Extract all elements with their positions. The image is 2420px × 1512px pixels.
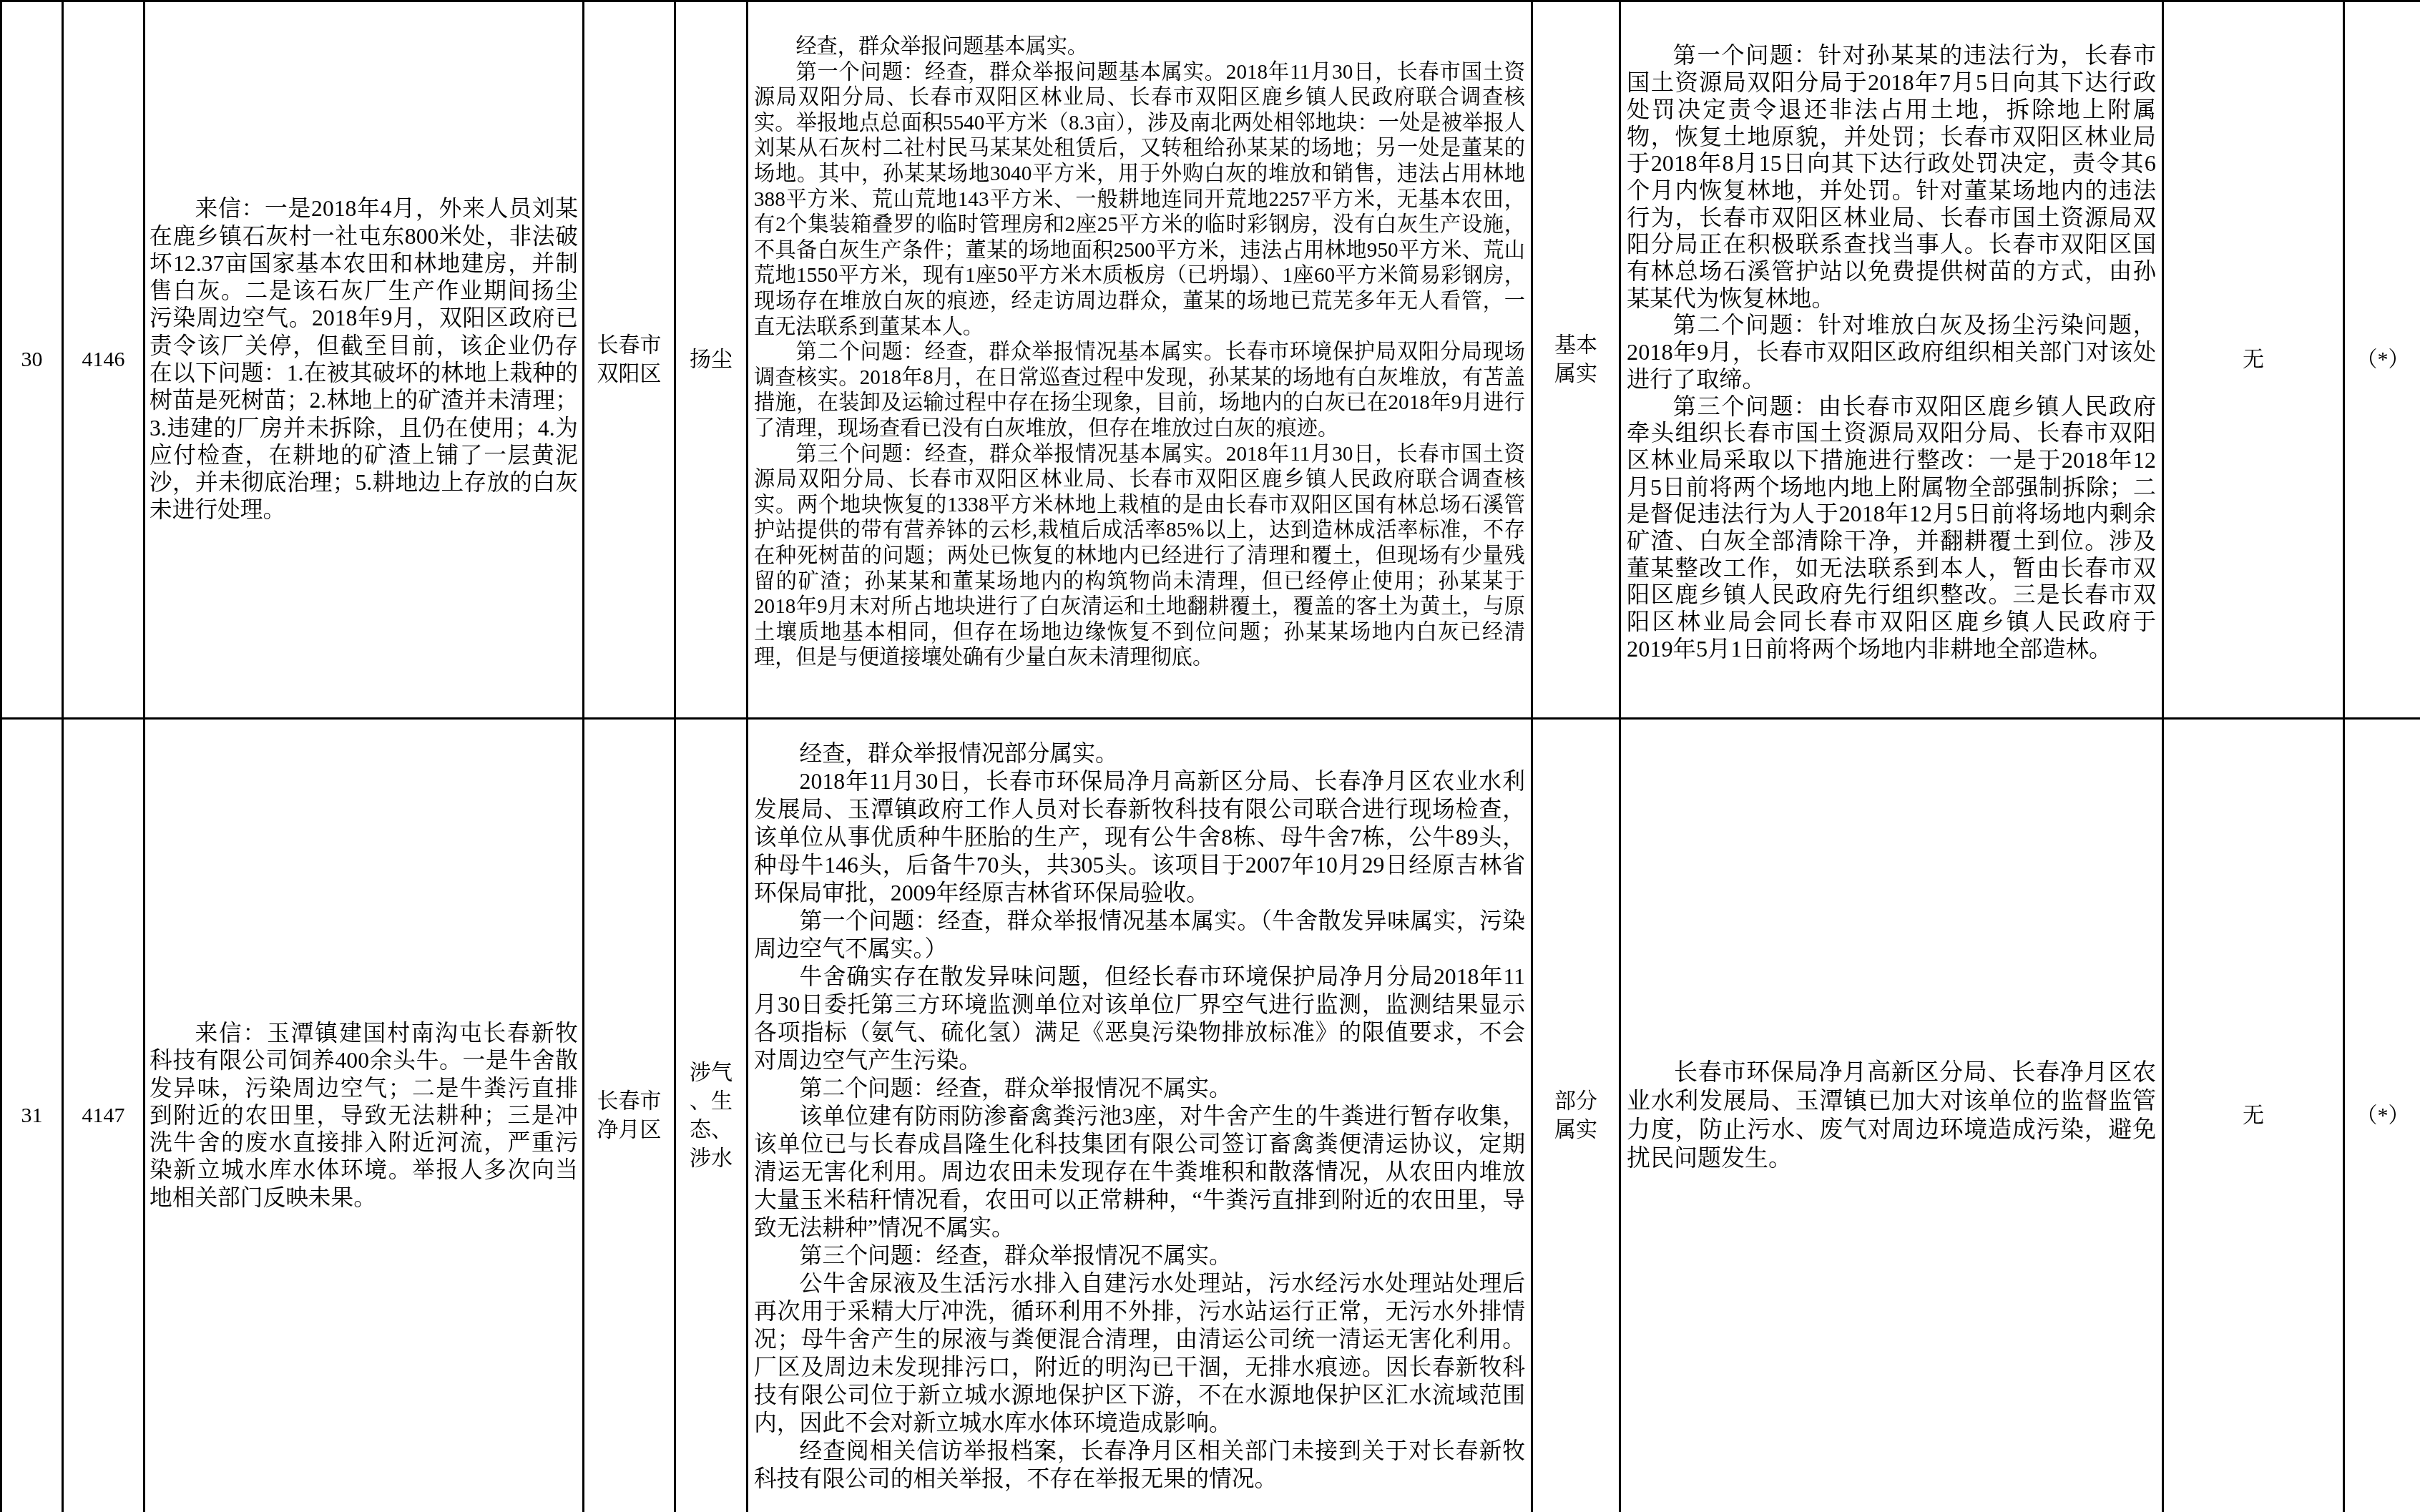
complaint-paragraph: 来信：玉潭镇建国村南沟屯长春新牧科技有限公司饲养400余头牛。一是牛舍散发异味，… bbox=[150, 1020, 578, 1212]
investigation-paragraph: 第三个问题：经查，群众举报情况不属实。 bbox=[754, 1242, 1525, 1270]
district-cell: 长春市双阳区 bbox=[584, 1, 675, 719]
case-number: 4147 bbox=[64, 1101, 143, 1130]
investigation-paragraph: 第一个问题：经查，群众举报情况基本属实。（牛舍散发异味属实，污染周边空气不属实。… bbox=[754, 907, 1525, 963]
handling-cell: 第一个问题：针对孙某某的违法行为，长春市国土资源局双阳分局于2018年7月5日向… bbox=[1620, 1, 2163, 719]
investigation-paragraph: 牛舍确实存在散发异味问题，但经长春市环境保护局净月分局2018年11月30日委托… bbox=[754, 963, 1525, 1074]
pollution-type: 扬尘 bbox=[690, 345, 733, 374]
row-index: 31 bbox=[2, 1101, 62, 1130]
pollution-type: 涉气、生态、涉水 bbox=[690, 1059, 733, 1173]
investigation-paragraph: 第三个问题：经查，群众举报情况基本属实。2018年11月30日，长春市国土资源局… bbox=[754, 442, 1525, 671]
handling-cell: 长春市环保局净月高新区分局、长春净月区农业水利发展局、玉潭镇已加大对该单位的监督… bbox=[1620, 719, 2163, 1512]
verdict: 部分属实 bbox=[1554, 1087, 1597, 1144]
investigation-paragraph: 2018年11月30日，长春市环保局净月高新区分局、长春净月区农业水利发展局、玉… bbox=[754, 767, 1525, 907]
note-mark: （*） bbox=[2345, 345, 2420, 374]
handling-paragraph: 第一个问题：针对孙某某的违法行为，长春市国土资源局双阳分局于2018年7月5日向… bbox=[1627, 42, 2156, 312]
table-row: 31 4147 来信：玉潭镇建国村南沟屯长春新牧科技有限公司饲养400余头牛。一… bbox=[1, 719, 2420, 1512]
accountability: 无 bbox=[2164, 1101, 2343, 1130]
accountability-cell: 无 bbox=[2163, 1, 2344, 719]
investigation-cell: 经查，群众举报情况部分属实。 2018年11月30日，长春市环保局净月高新区分局… bbox=[748, 719, 1532, 1512]
handling-paragraph: 长春市环保局净月高新区分局、长春净月区农业水利发展局、玉潭镇已加大对该单位的监督… bbox=[1627, 1059, 2156, 1173]
investigation-paragraph: 第二个问题：经查，群众举报情况基本属实。长春市环境保护局双阳分局现场调查核实。2… bbox=[754, 340, 1525, 441]
row-index-cell: 30 bbox=[1, 1, 63, 719]
pollution-type-cell: 扬尘 bbox=[675, 1, 748, 719]
complaint-content-cell: 来信：玉潭镇建国村南沟屯长春新牧科技有限公司饲养400余头牛。一是牛舍散发异味，… bbox=[144, 719, 584, 1512]
row-index: 30 bbox=[2, 345, 62, 374]
case-number: 4146 bbox=[64, 345, 143, 374]
accountability: 无 bbox=[2164, 345, 2343, 374]
investigation-paragraph: 该单位建有防雨防渗畜禽粪污池3座，对牛舍产生的牛粪进行暂存收集，该单位已与长春成… bbox=[754, 1102, 1525, 1242]
investigation-paragraph: 经查阅相关信访举报档案，长春净月区相关部门未接到关于对长春新牧科技有限公司的相关… bbox=[754, 1437, 1525, 1493]
accountability-cell: 无 bbox=[2163, 719, 2344, 1512]
note-cell: （*） bbox=[2344, 719, 2420, 1512]
investigation-cell: 经查，群众举报问题基本属实。 第一个问题：经查，群众举报问题基本属实。2018年… bbox=[748, 1, 1532, 719]
complaint-handling-table: 30 4146 来信：一是2018年4月，外来人员刘某在鹿乡镇石灰村一社屯东80… bbox=[0, 0, 2420, 1512]
note-mark: （*） bbox=[2345, 1101, 2420, 1130]
complaint-paragraph: 来信：一是2018年4月，外来人员刘某在鹿乡镇石灰村一社屯东800米处，非法破坏… bbox=[150, 195, 578, 524]
handling-paragraph: 第三个问题：由长春市双阳区鹿乡镇人民政府牵头组织长春市国土资源局双阳分局、长春市… bbox=[1627, 393, 2156, 663]
investigation-paragraph: 经查，群众举报问题基本属实。 bbox=[754, 34, 1525, 60]
pollution-type-cell: 涉气、生态、涉水 bbox=[675, 719, 748, 1512]
handling-paragraph: 第二个问题：针对堆放白灰及扬尘污染问题，2018年9月，长春市双阳区政府组织相关… bbox=[1627, 312, 2156, 393]
investigation-paragraph: 第二个问题：经查，群众举报情况不属实。 bbox=[754, 1074, 1525, 1102]
table-row: 30 4146 来信：一是2018年4月，外来人员刘某在鹿乡镇石灰村一社屯东80… bbox=[1, 1, 2420, 719]
district: 长春市双阳区 bbox=[597, 331, 662, 388]
investigation-paragraph: 第一个问题：经查，群众举报问题基本属实。2018年11月30日，长春市国土资源局… bbox=[754, 60, 1525, 340]
verdict: 基本属实 bbox=[1554, 331, 1597, 388]
row-index-cell: 31 bbox=[1, 719, 63, 1512]
case-number-cell: 4146 bbox=[63, 1, 144, 719]
verdict-cell: 基本属实 bbox=[1532, 1, 1620, 719]
district-cell: 长春市净月区 bbox=[584, 719, 675, 1512]
district: 长春市净月区 bbox=[597, 1087, 662, 1144]
case-number-cell: 4147 bbox=[63, 719, 144, 1512]
note-cell: （*） bbox=[2344, 1, 2420, 719]
investigation-paragraph: 公牛舍尿液及生活污水排入自建污水处理站，污水经污水处理站处理后再次用于采精大厅冲… bbox=[754, 1270, 1525, 1437]
complaint-content-cell: 来信：一是2018年4月，外来人员刘某在鹿乡镇石灰村一社屯东800米处，非法破坏… bbox=[144, 1, 584, 719]
investigation-paragraph: 经查，群众举报情况部分属实。 bbox=[754, 740, 1525, 767]
verdict-cell: 部分属实 bbox=[1532, 719, 1620, 1512]
